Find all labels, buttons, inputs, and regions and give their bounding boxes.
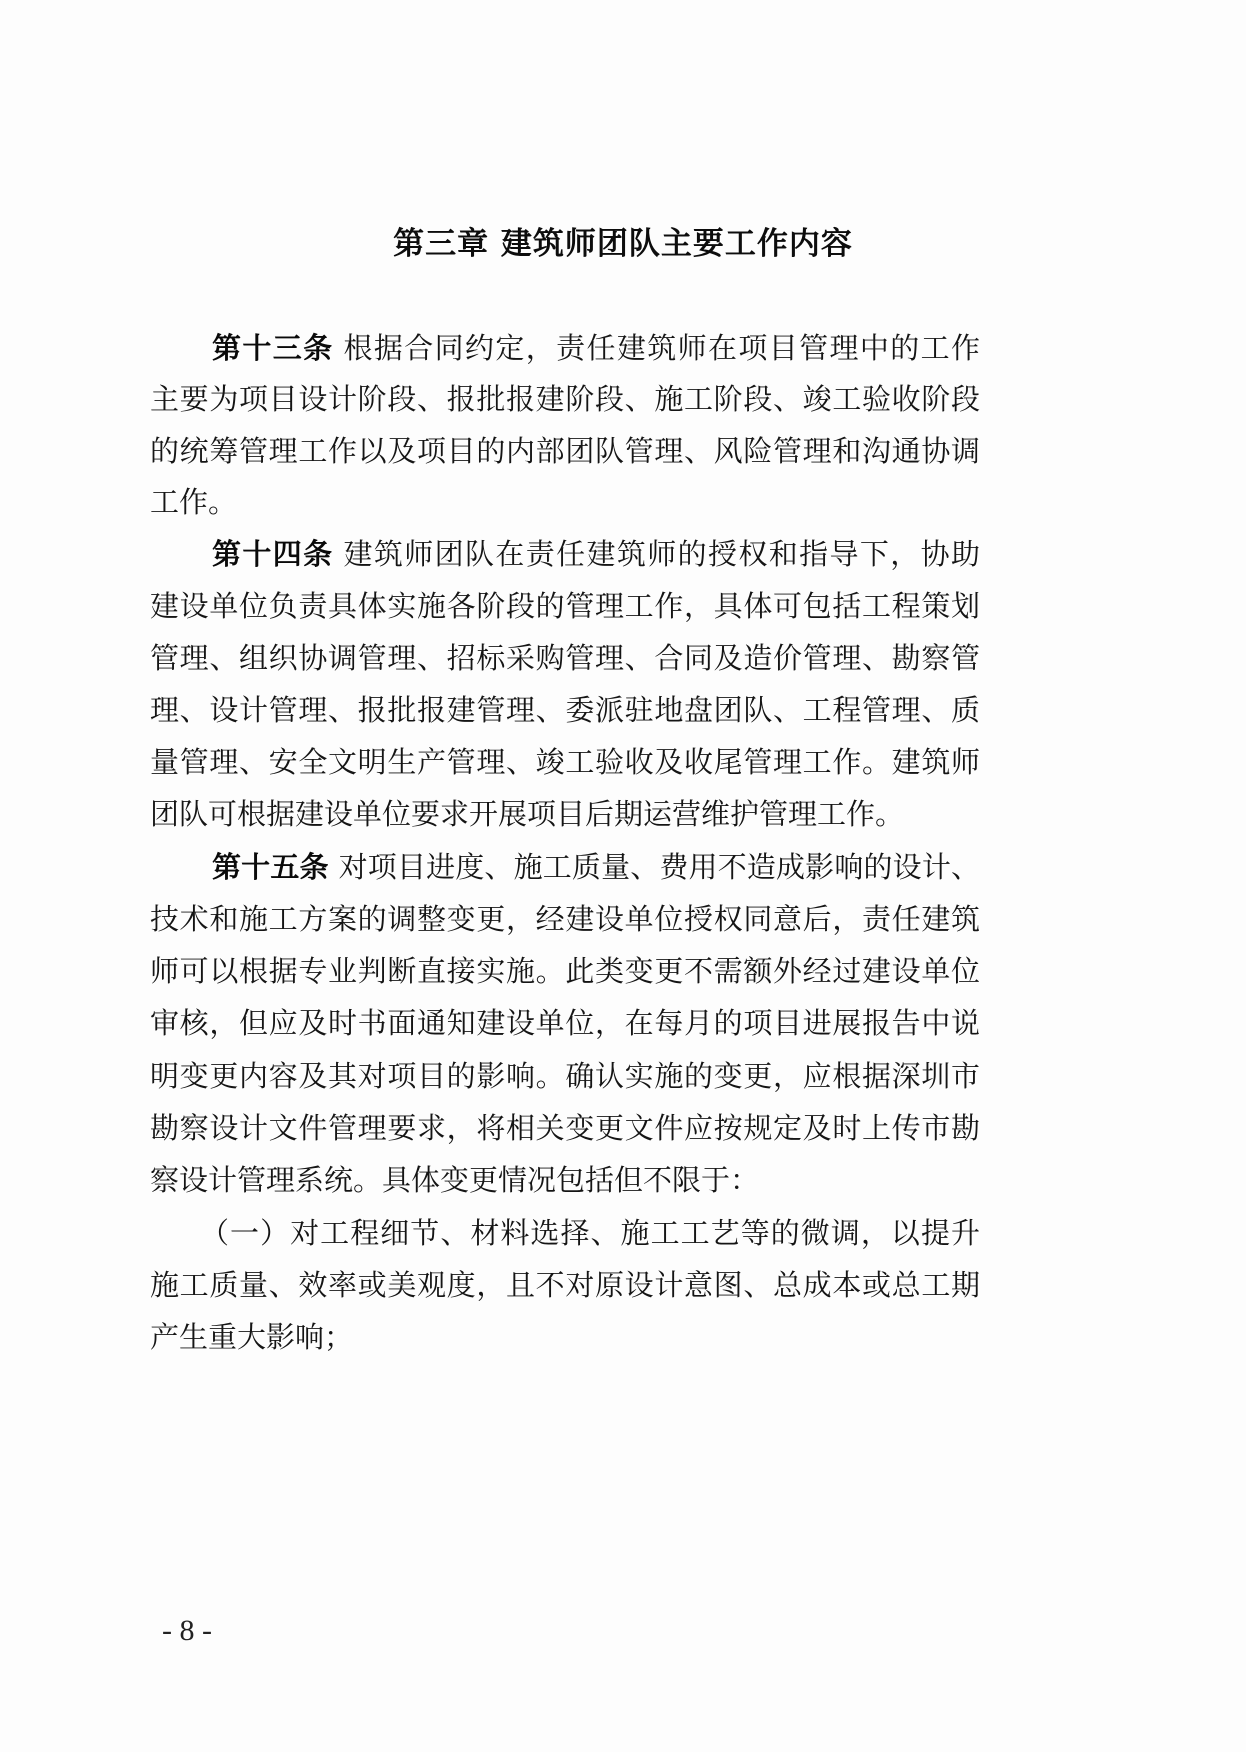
document-page: 第三章 建筑师团队主要工作内容 第十三条根据合同约定，责任建筑师在项目管理中的工… <box>0 0 1246 1752</box>
list-item-1-line-2: 施工质量、效率或美观度，且不对原设计意图、总成本或总工期 <box>150 1267 980 1303</box>
article-15-line-3: 师可以根据专业判断直接实施。此类变更不需额外经过建设单位 <box>150 953 980 989</box>
article-15-label: 第十五条 <box>212 850 329 884</box>
article-14-line-4: 理、设计管理、报批报建管理、委派驻地盘团队、工程管理、质 <box>150 692 980 728</box>
article-14-line-3: 管理、组织协调管理、招标采购管理、合同及造价管理、勘察管 <box>150 640 980 676</box>
article-15-line-4: 审核，但应及时书面通知建设单位，在每月的项目进展报告中说 <box>150 1005 980 1041</box>
article-15-line-7: 察设计管理系统。具体变更情况包括但不限于： <box>150 1162 980 1198</box>
list-item-1-line-3: 产生重大影响； <box>150 1319 980 1355</box>
article-14-line-6: 团队可根据建设单位要求开展项目后期运营维护管理工作。 <box>150 796 980 832</box>
article-15-line-5: 明变更内容及其对项目的影响。确认实施的变更，应根据深圳市 <box>150 1058 980 1094</box>
chapter-title: 第三章 建筑师团队主要工作内容 <box>0 218 1246 263</box>
article-13-line-3: 的统筹管理工作以及项目的内部团队管理、风险管理和沟通协调 <box>150 433 980 469</box>
article-14-line-2: 建设单位负责具体实施各阶段的管理工作，具体可包括工程策划 <box>150 588 980 624</box>
article-15-line-2: 技术和施工方案的调整变更，经建设单位授权同意后，责任建筑 <box>150 901 980 937</box>
article-text: 建筑师团队在责任建筑师的授权和指导下，协助 <box>344 537 980 571</box>
article-15-line-1: 第十五条对项目进度、施工质量、费用不造成影响的设计、 <box>212 849 980 885</box>
article-13-label: 第十三条 <box>212 331 334 365</box>
article-15-line-6: 勘察设计文件管理要求，将相关变更文件应按规定及时上传市勘 <box>150 1110 980 1146</box>
article-13-line-4: 工作。 <box>150 484 980 520</box>
article-14-label: 第十四条 <box>212 537 334 571</box>
list-item-1-line-1: （一）对工程细节、材料选择、施工工艺等的微调，以提升 <box>200 1215 980 1251</box>
article-14-line-1: 第十四条建筑师团队在责任建筑师的授权和指导下，协助 <box>212 536 980 572</box>
article-text: 对项目进度、施工质量、费用不造成影响的设计、 <box>339 850 980 884</box>
page-number: - 8 - <box>162 1614 212 1648</box>
article-14-line-5: 量管理、安全文明生产管理、竣工验收及收尾管理工作。建筑师 <box>150 744 980 780</box>
article-13-line-1: 第十三条根据合同约定，责任建筑师在项目管理中的工作 <box>212 330 980 366</box>
article-text: 根据合同约定，责任建筑师在项目管理中的工作 <box>344 331 980 365</box>
article-13-line-2: 主要为项目设计阶段、报批报建阶段、施工阶段、竣工验收阶段 <box>150 381 980 417</box>
